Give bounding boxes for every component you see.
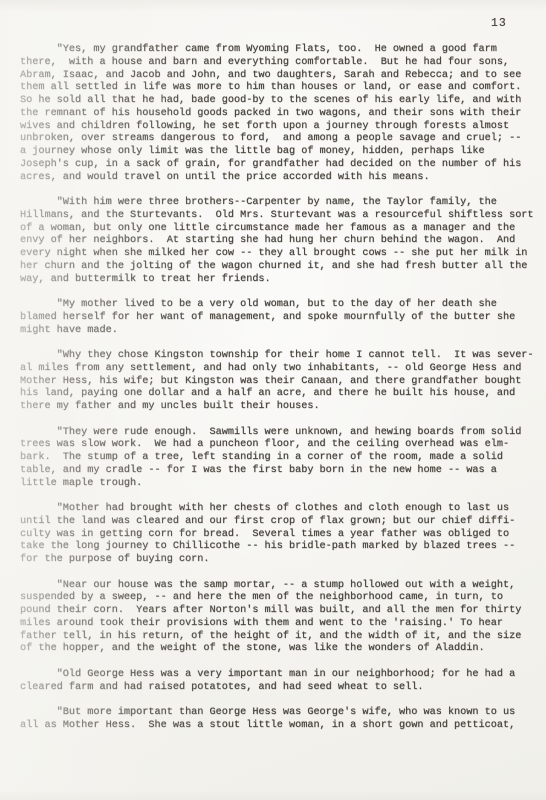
paragraph: "They were rude enough. Sawmills were un… <box>20 427 544 491</box>
paragraph: "Yes, my grandfather came from Wyoming F… <box>20 44 544 184</box>
paragraph: "Why they chose Kingston township for th… <box>20 350 544 414</box>
page-number: 13 <box>491 17 507 30</box>
paragraph: "With him were three brothers--Carpenter… <box>20 197 544 286</box>
paragraph: "Old George Hess was a very important ma… <box>20 669 544 695</box>
typewritten-text-block: "Yes, my grandfather came from Wyoming F… <box>20 44 544 733</box>
paragraph: "Near our house was the samp mortar, -- … <box>20 580 544 657</box>
paragraph: "But more important than George Hess was… <box>20 707 544 733</box>
paragraph: "Mother had brought with her chests of c… <box>20 503 544 567</box>
document-page: 13 "Yes, my grandfather came from Wyomin… <box>0 0 546 800</box>
paragraph: "My mother lived to be a very old woman,… <box>20 299 544 337</box>
